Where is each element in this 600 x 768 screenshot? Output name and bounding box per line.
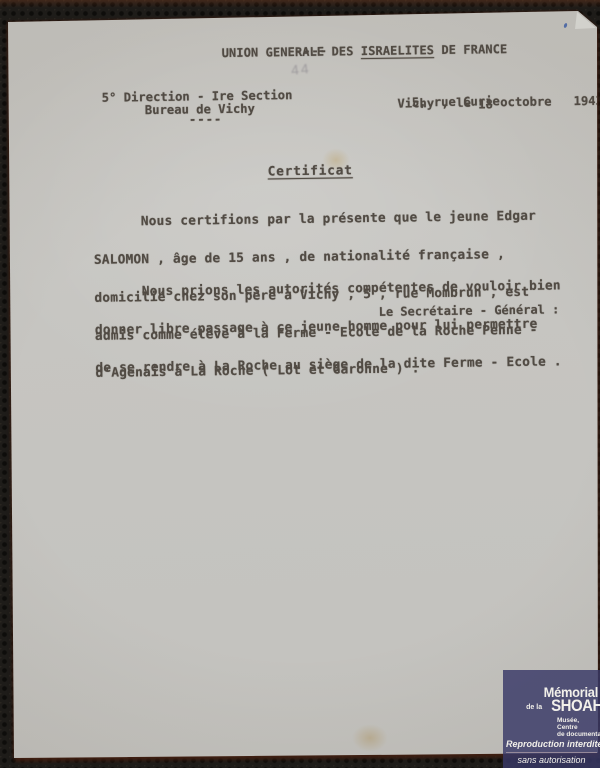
organization-title: UNION GENERALE DES ISRAELITES DE FRANCE (163, 28, 508, 75)
logo-shoah-row: de la SHOAH (503, 699, 598, 713)
typewritten-line: Nous certifions par la présente que le j… (93, 211, 536, 230)
sender-dashes: ---- (189, 112, 223, 126)
organization-title-part: UNION GENERALE DES (222, 44, 361, 60)
subject-heading: Certificat (268, 163, 353, 179)
reproduction-notice-line1: Reproduction interdite (506, 739, 597, 753)
typewritten-line: donner libre passage à ce jeune homme po… (95, 318, 561, 337)
logo-subtitle-line: de documentation (557, 731, 600, 738)
logo-shoah-text: SHOAH (551, 699, 600, 713)
logo-dela-text: de la (526, 704, 542, 711)
paper-shadow-wrap: 44 UNION GENERALE DES ISRAELITES DE FRAN… (0, 0, 600, 768)
address-line: 5, rue Curie (412, 94, 500, 109)
document-paper: 44 UNION GENERALE DES ISRAELITES DE FRAN… (0, 0, 600, 768)
logo-subtitle: Musée, Centre de documentation (557, 717, 600, 738)
photographed-document-scene: { "letter": { "header": { "title_pre": "… (0, 0, 600, 768)
organization-title-part: DE FRANCE (434, 42, 507, 57)
date-month: octobre (493, 94, 552, 109)
typewritten-line: Nous prions les autorités compétentes de… (94, 281, 560, 300)
memorial-shoah-logo: Mémorial de la SHOAH (503, 686, 598, 713)
logo-subtitle-line: Centre (557, 724, 600, 731)
typewritten-line: de se rendre à La Roche au siège de la d… (95, 356, 561, 375)
reproduction-notice-line2: sans autorisation (503, 755, 600, 765)
organization-title-underlined: ISRAELITES (361, 43, 434, 58)
date-year: 1943. (573, 94, 600, 109)
signature-line: Le Secrétaire - Général : (379, 302, 560, 319)
logo-subtitle-line: Musée, (557, 717, 600, 724)
archive-watermark-overlay: Mémorial de la SHOAH Musée, Centre de do… (503, 670, 600, 768)
typewritten-text-layer: UNION GENERALE DES ISRAELITES DE FRANCE … (0, 0, 600, 768)
title-dashes: ---- (295, 44, 328, 58)
paragraph-2: Nous prions les autorités compétentes de… (94, 255, 562, 400)
